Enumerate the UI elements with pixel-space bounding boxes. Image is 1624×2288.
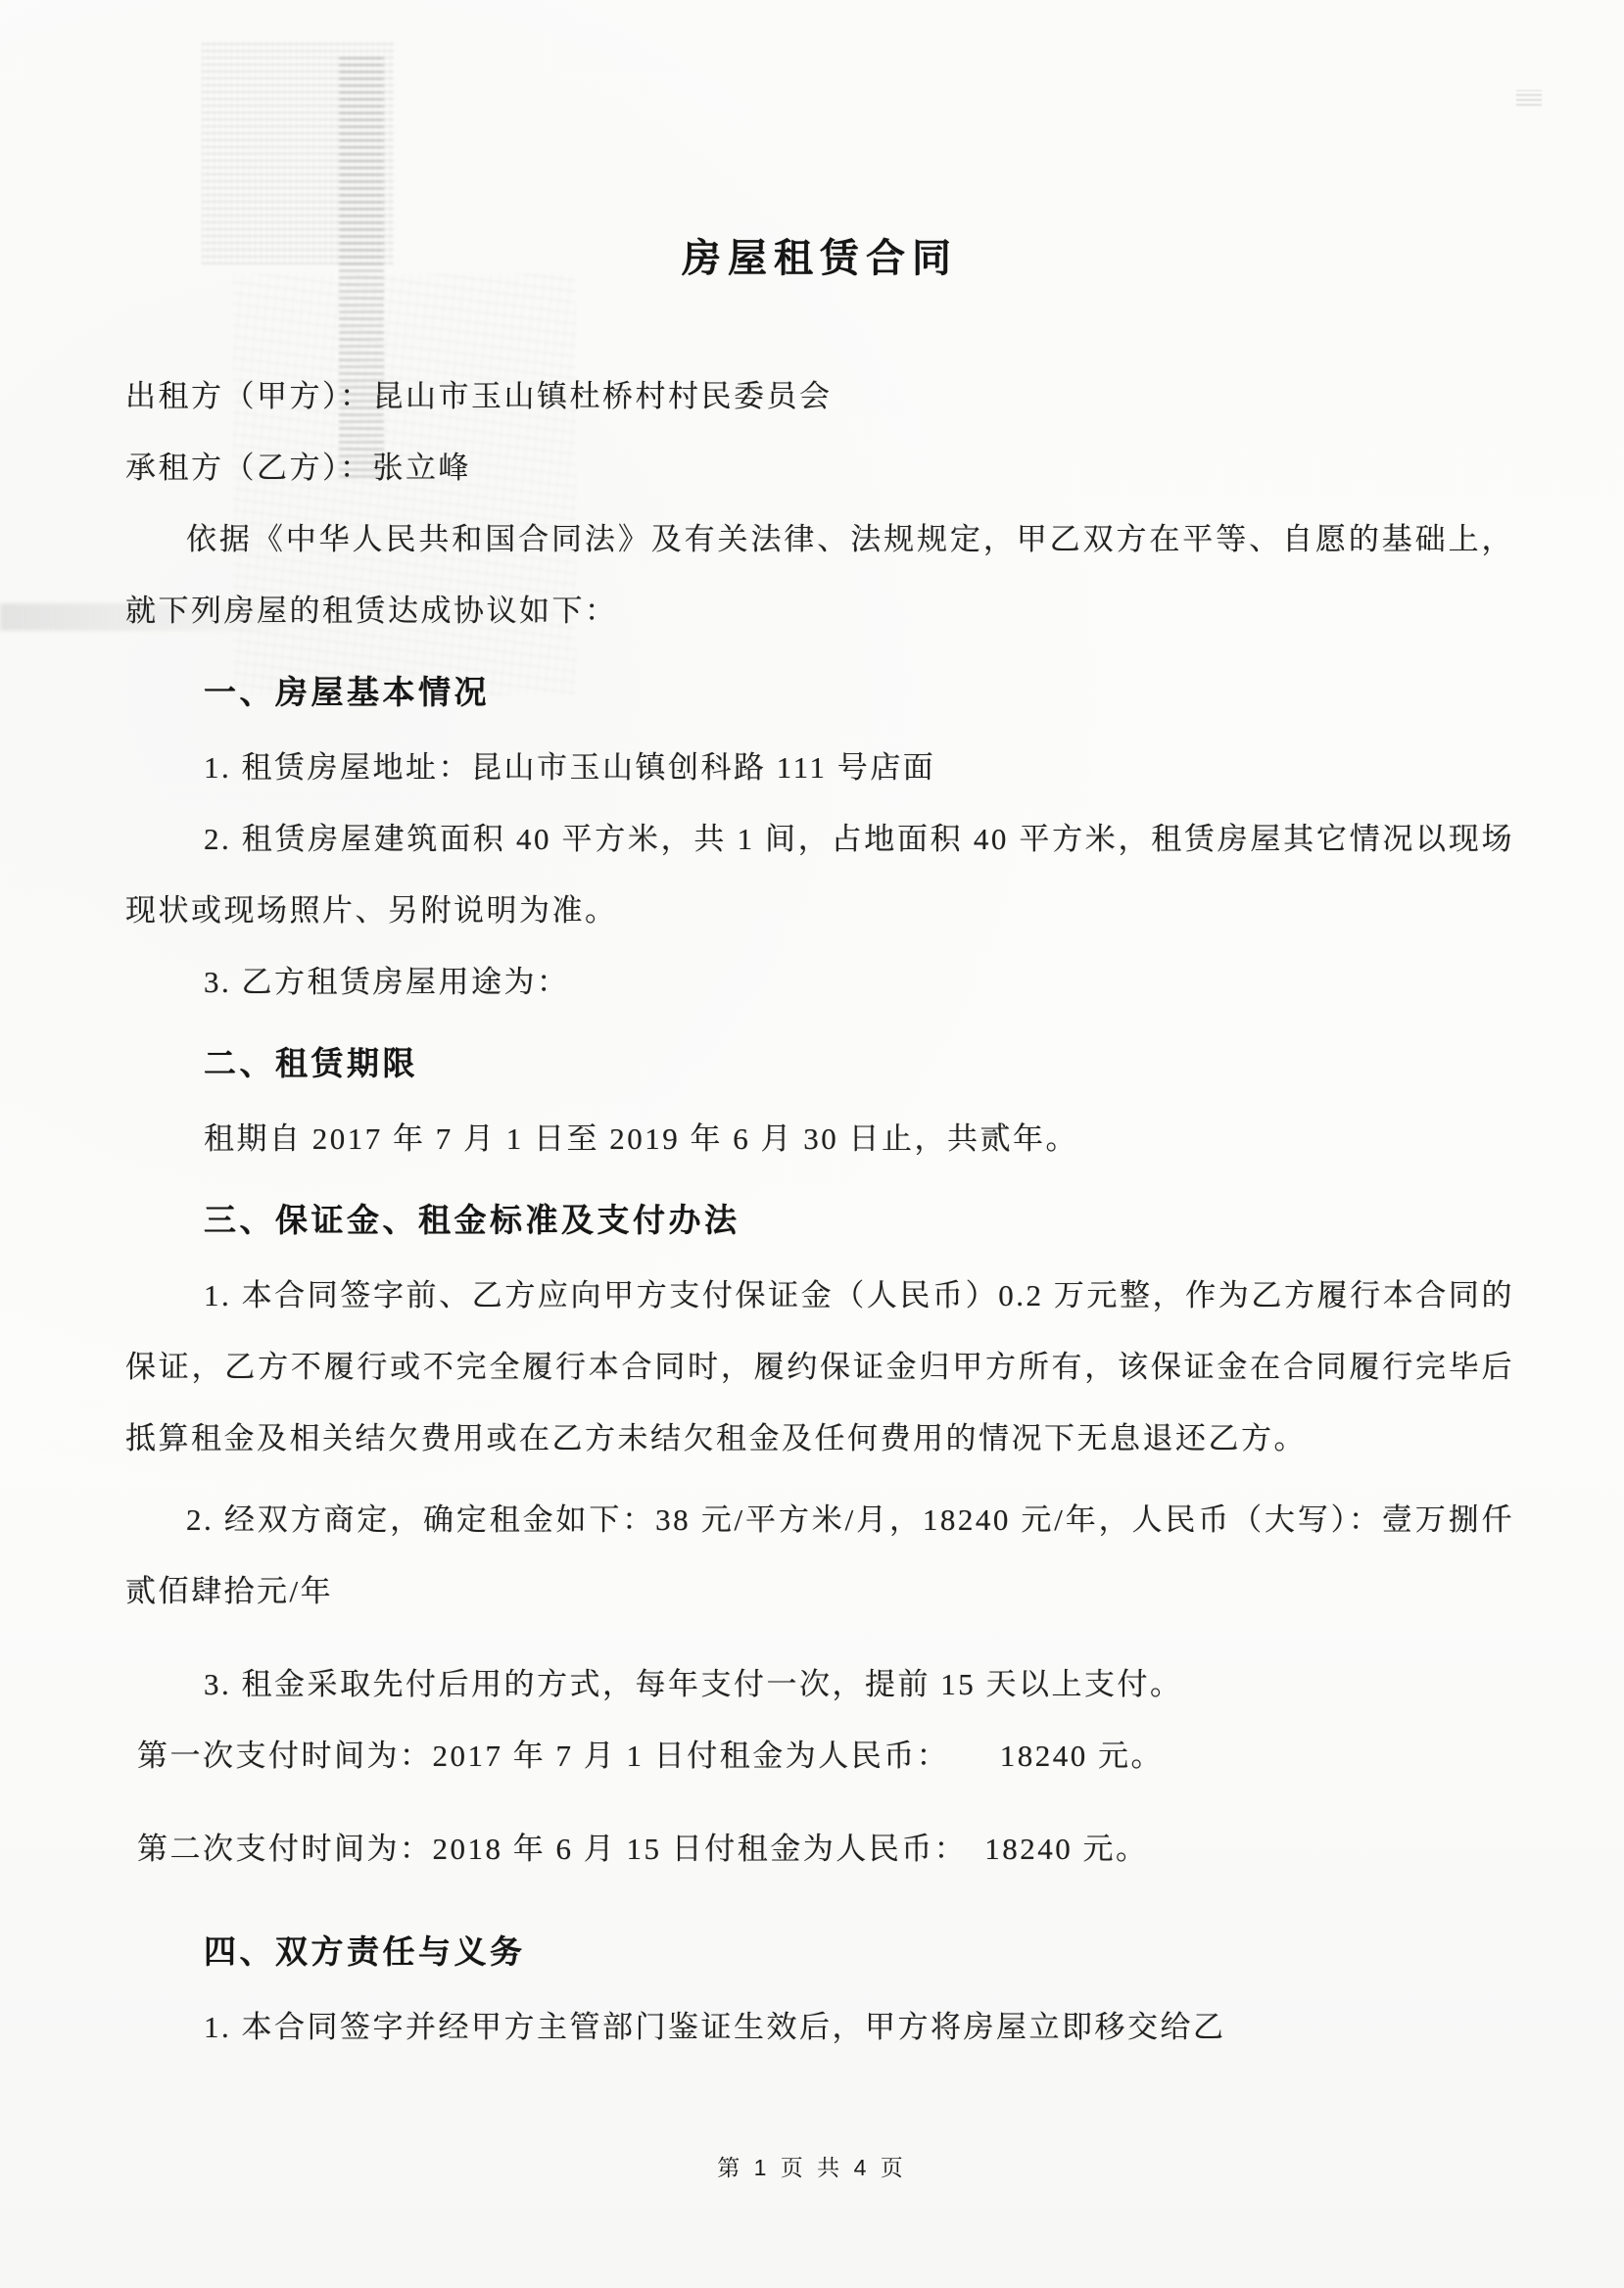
section-3-item-3: 3. 租金采取先付后用的方式，每年支付一次，提前 15 天以上支付。 [125, 1648, 1514, 1720]
section-4-item-1: 1. 本合同签字并经甲方主管部门鉴证生效后，甲方将房屋立即移交给乙 [125, 1991, 1514, 2063]
section-3-item-2: 2. 经双方商定，确定租金如下：38 元/平方米/月，18240 元/年，人民币… [125, 1484, 1514, 1627]
section-1-item-2: 2. 租赁房屋建筑面积 40 平方米，共 1 间，占地面积 40 平方米，租赁房… [125, 803, 1514, 946]
section-3-item-1: 1. 本合同签字前、乙方应向甲方支付保证金（人民币）0.2 万元整，作为乙方履行… [125, 1260, 1514, 1474]
second-payment-line: 第二次支付时间为：2018 年 6 月 15 日付租金为人民币： 18240 元… [125, 1813, 1514, 1884]
document-body: 房屋租赁合同 出租方（甲方）：昆山市玉山镇杜桥村村民委员会 承租方（乙方）：张立… [125, 229, 1514, 2063]
section-1-item-3: 3. 乙方租赁房屋用途为： [125, 946, 1514, 1018]
first-payment-line: 第一次支付时间为：2017 年 7 月 1 日付租金为人民币： 18240 元。 [125, 1720, 1514, 1791]
section-3-heading: 三、保证金、租金标准及支付办法 [204, 1184, 1514, 1256]
scan-mark-artifact [1516, 90, 1542, 106]
page-number-footer: 第 1 页 共 4 页 [0, 2150, 1624, 2182]
document-title: 房屋租赁合同 [125, 229, 1514, 288]
section-4-heading: 四、双方责任与义务 [204, 1916, 1514, 1987]
scanned-contract-page: 房屋租赁合同 出租方（甲方）：昆山市玉山镇杜桥村村民委员会 承租方（乙方）：张立… [0, 0, 1624, 2288]
lessee-line: 承租方（乙方）：张立峰 [125, 432, 1514, 503]
preamble: 依据《中华人民共和国合同法》及有关法律、法规规定，甲乙双方在平等、自愿的基础上，… [125, 503, 1514, 646]
lessor-line: 出租方（甲方）：昆山市玉山镇杜桥村村民委员会 [125, 360, 1514, 432]
section-2-heading: 二、租赁期限 [204, 1027, 1514, 1099]
section-1-heading: 一、房屋基本情况 [204, 656, 1514, 728]
section-2-item-1: 租期自 2017 年 7 月 1 日至 2019 年 6 月 30 日止，共贰年… [125, 1103, 1514, 1174]
section-1-item-1: 1. 租赁房屋地址：昆山市玉山镇创科路 111 号店面 [125, 732, 1514, 803]
